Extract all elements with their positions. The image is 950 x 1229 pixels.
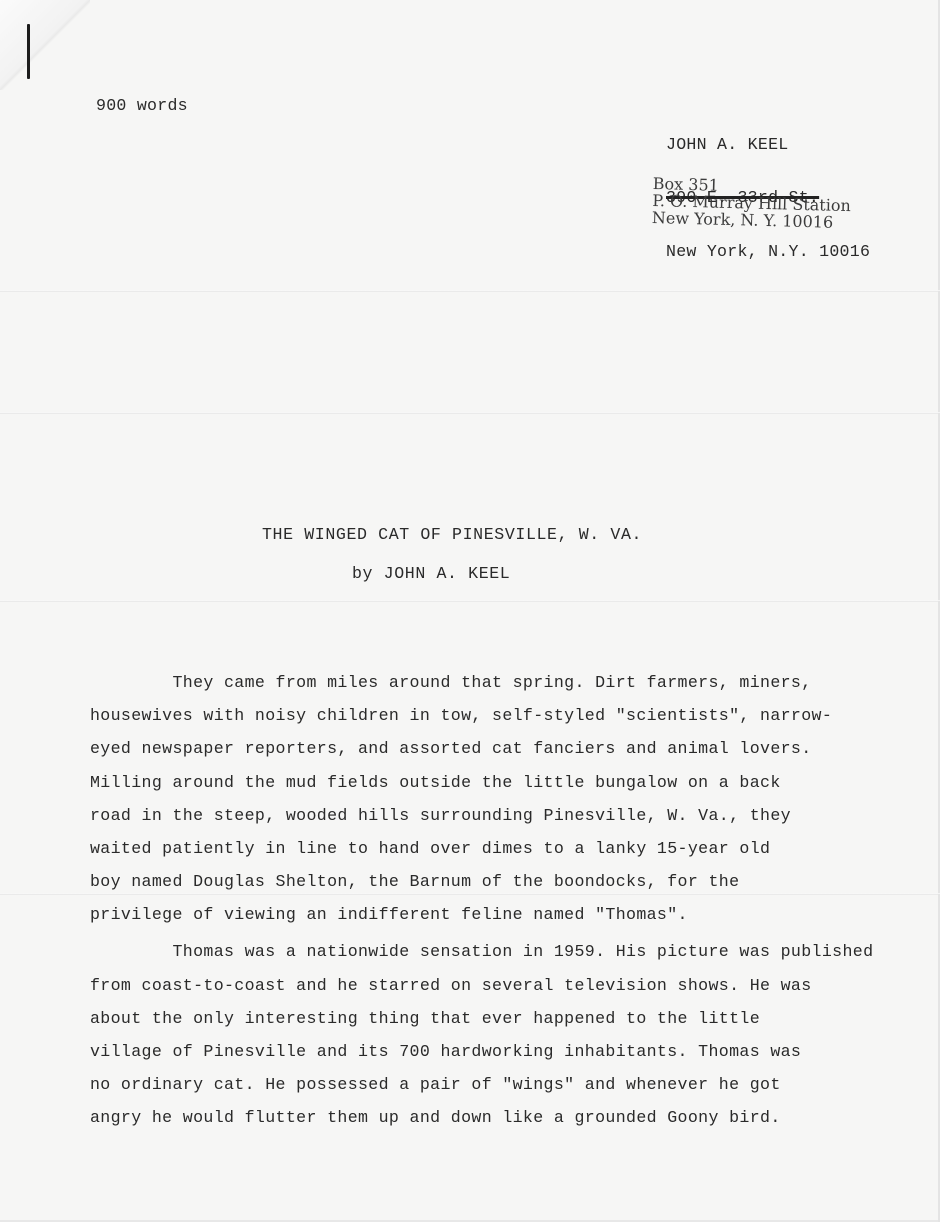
- body-line: waited patiently in line to hand over di…: [90, 841, 873, 874]
- body-line: village of Pinesville and its 700 hardwo…: [90, 1044, 873, 1077]
- body-line: from coast-to-coast and he starred on se…: [90, 978, 873, 1011]
- paper-fold-crease: [0, 600, 940, 602]
- body-line: eyed newspaper reporters, and assorted c…: [90, 741, 873, 774]
- body-line: road in the steep, wooded hills surround…: [90, 808, 873, 841]
- staple-mark: [27, 24, 30, 79]
- body-line: privilege of viewing an indifferent feli…: [90, 907, 873, 944]
- article-title: THE WINGED CAT OF PINESVILLE, W. VA.: [262, 527, 642, 544]
- address-rubber-stamp: Box 351 P. O. Murray Hill Station New Yo…: [652, 176, 852, 232]
- paper-fold-crease: [0, 412, 940, 414]
- author-name: JOHN A. KEEL: [666, 137, 870, 157]
- body-line: Milling around the mud fields outside th…: [90, 775, 873, 808]
- author-city: New York, N.Y. 10016: [666, 244, 870, 264]
- body-line: about the only interesting thing that ev…: [90, 1011, 873, 1044]
- word-count: 900 words: [96, 98, 188, 115]
- body-line: angry he would flutter them up and down …: [90, 1110, 873, 1143]
- body-line: boy named Douglas Shelton, the Barnum of…: [90, 874, 873, 907]
- paper-corner-fold: [0, 0, 90, 90]
- manuscript-page: 900 words JOHN A. KEEL 390 E. 33rd St. N…: [0, 0, 943, 1222]
- article-body: They came from miles around that spring.…: [90, 675, 873, 1143]
- body-line: housewives with noisy children in tow, s…: [90, 708, 873, 741]
- body-line: They came from miles around that spring.…: [90, 675, 873, 708]
- body-line: Thomas was a nationwide sensation in 195…: [90, 944, 873, 977]
- body-line: no ordinary cat. He possessed a pair of …: [90, 1077, 873, 1110]
- article-byline: by JOHN A. KEEL: [352, 566, 510, 583]
